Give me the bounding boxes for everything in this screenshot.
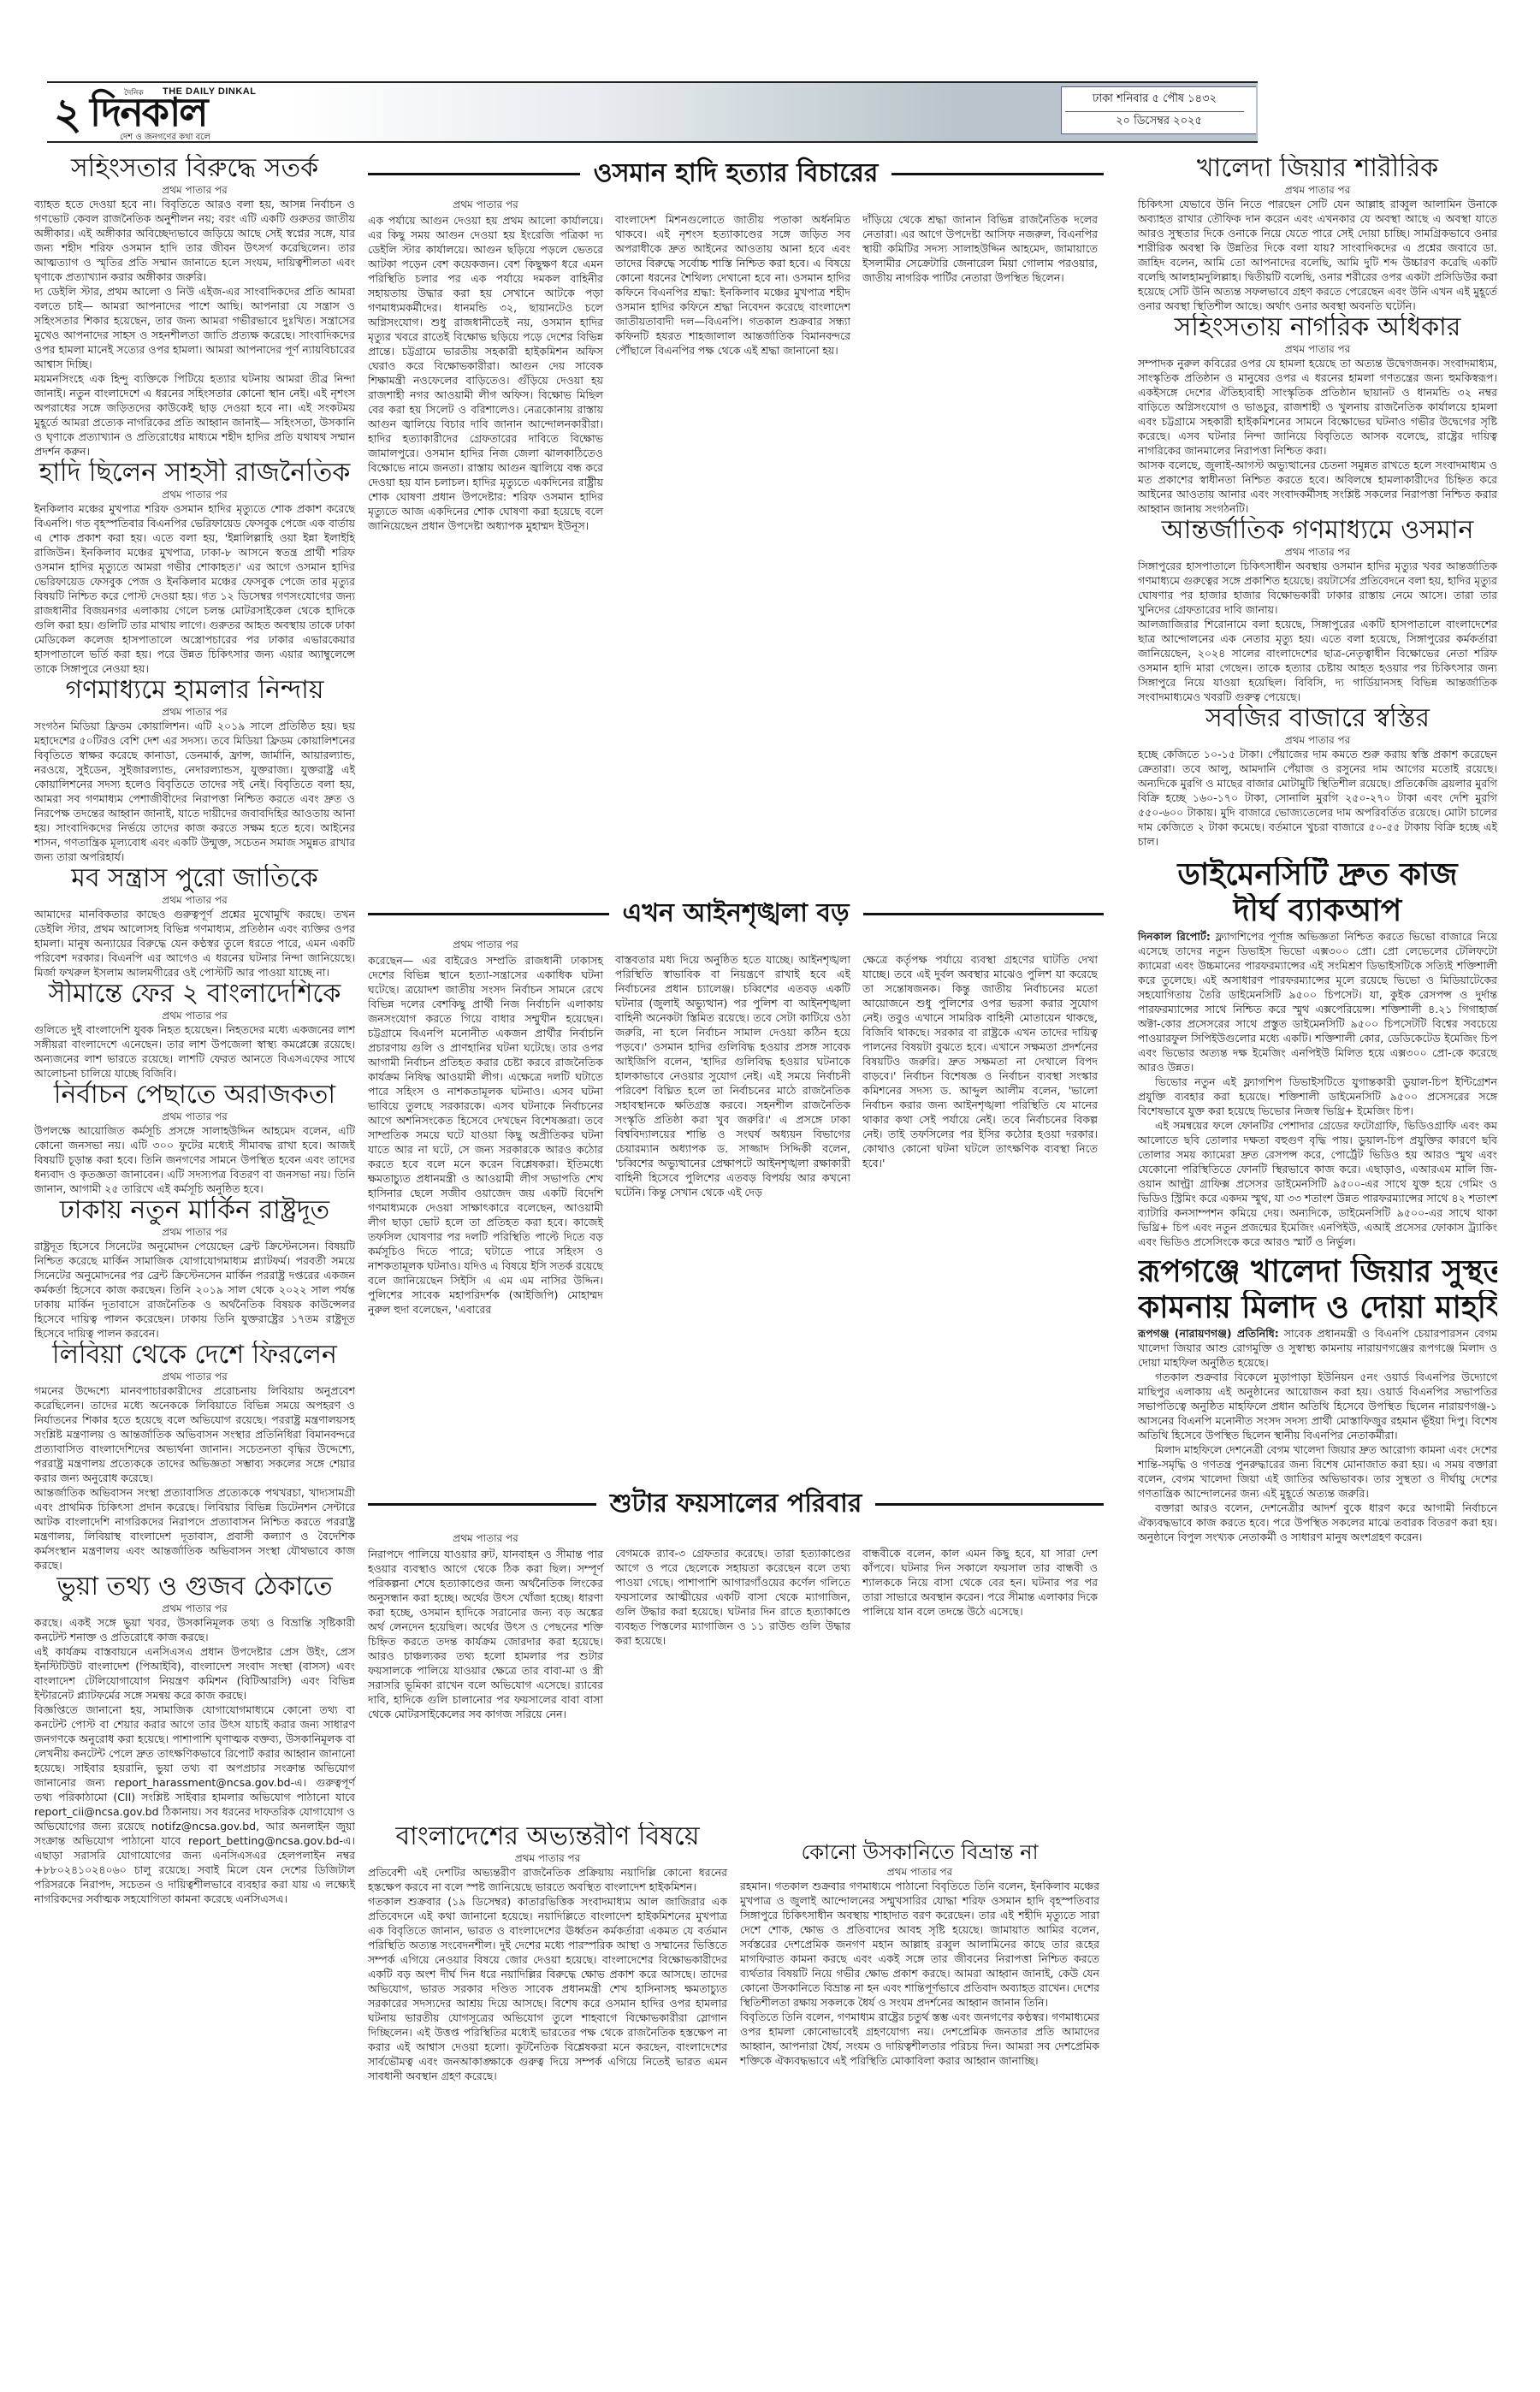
article-col-3: আক্তার লিমাও উপস্থিত ছিলেন। ওই রাতে ফয়স… — [862, 1547, 1098, 1803]
paragraph: দ্য ডেইলি স্টার, প্রথম আলো ও নিউ এইজ-এর … — [34, 284, 355, 371]
byline: দিনকাল রিপোর্ট: — [1138, 930, 1211, 943]
article-body: রাষ্ট্রদূত হিসেবে সিনেটের অনুমোদন পেয়েছ… — [34, 1239, 355, 1341]
paragraph: গুলিতে দুই বাংলাদেশি যুবক নিহত হয়েছেন। … — [34, 1022, 355, 1081]
left-column: সহিংসতার বিরুদ্ধে সতর্ক প্রথম পাতার পর ব… — [34, 154, 355, 1906]
byline: রূপগঞ্জ (নারায়ণগঞ্জ) প্রতিনিধি: — [1138, 1327, 1279, 1340]
article-dimensity: ডাইমেনসিটি দ্রুত কাজ দীর্ঘ ব্যাকআপ দিনকা… — [1138, 857, 1497, 1249]
paragraph: রাষ্ট্রদূত হিসেবে সিনেটের অনুমোদন পেয়েছ… — [34, 1239, 355, 1341]
article-body: ব্যাহত হতে দেওয়া হবে না। বিবৃতিতে আরও ব… — [34, 197, 355, 459]
continued-label: প্রথম পাতার পর — [34, 893, 355, 907]
paragraph: আন্তর্জাতিক অভিবাসন সংস্থা প্রত্যাবাসিত … — [34, 1485, 355, 1572]
article-col-1: নিরাপদে পালিয়ে যাওয়ার রুট, যানবাহন ও স… — [368, 1547, 603, 1803]
continued-label: প্রথম পাতার পর — [34, 183, 355, 197]
article-columns: করেছেন— এর বাইরেও সম্প্রতি রাজধানী ঢাকাস… — [368, 953, 1098, 1501]
paragraph: সম্পাদক নুরুল কবিরের ওপর যে হামলা হয়েছে… — [1138, 356, 1497, 458]
newspaper-logo[interactable]: দৈনিক THE DAILY DINKAL দিনকাল দেশ ও জনগণ… — [90, 85, 291, 141]
rule-right — [875, 1503, 1104, 1506]
article-body: গুলিতে দুই বাংলাদেশি যুবক নিহত হয়েছেন। … — [34, 1022, 355, 1081]
rule-right — [863, 913, 1105, 915]
article-body: করছে। একই সঙ্গে ভুয়া খবর, উসকানিমূলক তথ… — [34, 1615, 355, 1906]
continued-label: প্রথম পাতার পর — [368, 938, 603, 951]
article-rupganj-prayer: রূপগঞ্জে খালেদা জিয়ার সুস্থতা কামনায় ম… — [1138, 1254, 1497, 1544]
continued-label: প্রথম পাতার পর — [740, 1865, 1099, 1879]
date-gregorian: ২০ ডিসেম্বর ২০২৫ — [1062, 113, 1256, 131]
article-libya-return: লিবিয়া থেকে দেশে ফিরলেন প্রথম পাতার পর … — [34, 1341, 355, 1572]
date-box: ঢাকা শনিবার ৫ পৌষ ১৪৩২ ২০ ডিসেম্বর ২০২৫ — [1061, 86, 1256, 134]
article-col-3: নিষিদ্ধ। বিমানবন্দরে ওসমান হাদির কফিনের … — [862, 213, 1098, 1000]
article-col-2: ফয়সালের বাবা হুমায়ুন কবির ও মা মোসাম্ম… — [615, 1547, 850, 1803]
article-body: ইনকিলাব মঞ্চের মুখপাত্র শরিফ ওসমান হাদির… — [34, 501, 355, 676]
paragraph: এই সমন্বয়ের ফলে ফোনটির পেশাদার গ্রেডের … — [1138, 1118, 1497, 1249]
article-headline[interactable]: কোনো উসকানিতে বিভ্রান্ত না — [740, 1839, 1099, 1865]
continued-label: প্রথম পাতার পর — [34, 1110, 355, 1123]
paragraph: আসক বলেছে, জুলাই-আগস্ট অভ্যুত্থানের চেতন… — [1138, 458, 1497, 516]
paragraph: মিলাদ মাহফিলে দেশনেত্রী বেগম খালেদা জিয়… — [1138, 1442, 1497, 1501]
continued-label: প্রথম পাতার পর — [1138, 342, 1497, 356]
article-headline[interactable]: নির্বাচন পেছাতে অরাজকতা — [34, 1081, 355, 1110]
paragraph: আমাদের মানবিকতার কাছেও গুরুত্বপূর্ণ প্রশ… — [34, 907, 355, 980]
continued-label: প্রথম পাতার পর — [1138, 545, 1497, 559]
article-headline[interactable]: ঢাকায় নতুন মার্কিন রাষ্ট্রদূত — [34, 1196, 355, 1225]
paragraph: বক্তারা আরও বলেন, দেশনেত্রীর আদর্শ বুকে … — [1138, 1501, 1497, 1544]
article-body: সিঙ্গাপুরের হাসপাতালে চিকিৎসাধীন অবস্থায… — [1138, 559, 1497, 704]
paragraph: বিবৃতিতে তিনি বলেন, গণমাধ্যম রাষ্ট্রের চ… — [740, 2010, 1099, 2068]
article-columns: নিরাপদে পালিয়ে যাওয়ার রুট, যানবাহন ও স… — [368, 1547, 1098, 1803]
continued-label: প্রথম পাতার পর — [368, 1851, 727, 1865]
article-body: হচ্ছে কেজিতে ১০-১৫ টাকা। পেঁয়াজের দাম ক… — [1138, 747, 1497, 849]
article-headline[interactable]: বাংলাদেশের অভ্যন্তরীণ বিষয়ে — [368, 1822, 727, 1851]
continued-label: প্রথম পাতার পর — [34, 488, 355, 501]
continued-label: প্রথম পাতার পর — [34, 1009, 355, 1022]
article-hadi-brave: হাদি ছিলেন সাহসী রাজনৈতিক প্রথম পাতার পর… — [34, 459, 355, 676]
article-col-1: এক পর্যায়ে আগুন দেওয়া হয় প্রথম আলো কা… — [368, 213, 603, 1000]
article-election-delay: নির্বাচন পেছাতে অরাজকতা প্রথম পাতার পর উ… — [34, 1081, 355, 1196]
continued-label: প্রথম পাতার পর — [34, 1602, 355, 1615]
article-india-internal: বাংলাদেশের অভ্যন্তরীণ বিষয়ে প্রথম পাতার… — [368, 1822, 727, 2083]
article-body: সংগঠন মিডিয়া ফ্রিডম কোয়ালিশন। এটি ২০১৯… — [34, 719, 355, 864]
paragraph: চিকিৎসা যেভাবে উনি নিতে পারছেন সেটি যেন … — [1138, 197, 1497, 313]
article-body: দিনকাল রিপোর্ট: ফ্ল্যাগশিপের পূর্ণাঙ্গ অ… — [1138, 929, 1497, 1249]
article-us-ambassador: ঢাকায় নতুন মার্কিন রাষ্ট্রদূত প্রথম পাত… — [34, 1196, 355, 1341]
article-body: উপলক্ষে আয়োজিত কর্মসূচি প্রসঙ্গে সালাহউ… — [34, 1123, 355, 1196]
article-headline[interactable]: ওসমান হাদি হত্যার বিচারের — [580, 158, 892, 189]
rule-left — [368, 173, 580, 175]
paragraph: আলজাজিরার শিরোনামে বলা হয়েছে, সিঙ্গাপুর… — [1138, 617, 1497, 704]
article-headline[interactable]: আন্তর্জাতিক গণমাধ্যমে ওসমান — [1138, 516, 1497, 545]
article-col-1: করেছেন— এর বাইরেও সম্প্রতি রাজধানী ঢাকাস… — [368, 953, 603, 1501]
paragraph: গমনের উদ্দেশ্যে মানবপাচারকারীদের প্ররোচন… — [34, 1383, 355, 1485]
article-mob-terror: মব সন্ত্রাস পুরো জাতিকে প্রথম পাতার পর আ… — [34, 864, 355, 980]
continued-label: প্রথম পাতার পর — [34, 1370, 355, 1383]
article-columns: এক পর্যায়ে আগুন দেওয়া হয় প্রথম আলো কা… — [368, 213, 1098, 1000]
continued-label: প্রথম পাতার পর — [368, 1531, 603, 1545]
article-headline[interactable]: খালেদা জিয়ার শারীরিক — [1138, 154, 1497, 183]
paragraph: উপলক্ষে আয়োজিত কর্মসূচি প্রসঙ্গে সালাহউ… — [34, 1123, 355, 1196]
headline-with-rules: শুটার ফয়সালের পরিবার — [368, 1489, 1104, 1519]
article-international-media: আন্তর্জাতিক গণমাধ্যমে ওসমান প্রথম পাতার … — [1138, 516, 1497, 704]
paragraph: প্রতিবেশী এই দেশটির অভ্যন্তরীণ রাজনৈতিক … — [368, 1865, 727, 1894]
article-no-provocation: কোনো উসকানিতে বিভ্রান্ত না প্রথম পাতার প… — [740, 1839, 1099, 2068]
article-body: সম্পাদক নুরুল কবিরের ওপর যে হামলা হয়েছে… — [1138, 356, 1497, 516]
article-body: চিকিৎসা যেভাবে উনি নিতে পারছেন সেটি যেন … — [1138, 197, 1497, 313]
article-headline[interactable]: সহিংসতার বিরুদ্ধে সতর্ক — [34, 154, 355, 183]
article-vegetable-market: সবজির বাজারে স্বস্তির প্রথম পাতার পর হচ্… — [1138, 704, 1497, 849]
paragraph: ময়মনসিংহে এক হিন্দু ব্যক্তিকে পিটিয়ে হ… — [34, 371, 355, 459]
headline-with-rules: এখন আইনশৃঙ্খলা বড় — [368, 898, 1104, 929]
article-civil-rights: সহিংসতায় নাগরিক অধিকার প্রথম পাতার পর স… — [1138, 313, 1497, 516]
article-fake-news: ভুয়া তথ্য ও গুজব ঠেকাতে প্রথম পাতার পর … — [34, 1572, 355, 1906]
article-col-2: শিক্ষাপ্রতিষ্ঠানসহ সরকারি, বেসরকারি ভবন … — [615, 213, 850, 1000]
article-headline-line1[interactable]: ডাইমেনসিটি দ্রুত কাজ — [1138, 857, 1497, 893]
page-number: ২ — [54, 88, 82, 139]
headline-with-rules: ওসমান হাদি হত্যার বিচারের — [368, 158, 1104, 189]
continued-label: প্রথম পাতার পর — [34, 1225, 355, 1239]
paragraph: সিঙ্গাপুরের হাসপাতালে চিকিৎসাধীন অবস্থায… — [1138, 559, 1497, 617]
rule-left — [368, 1503, 596, 1506]
article-headline[interactable]: মব সন্ত্রাস পুরো জাতিকে — [34, 864, 355, 893]
paragraph: হচ্ছে কেজিতে ১০-১৫ টাকা। পেঁয়াজের দাম ক… — [1138, 747, 1497, 849]
paragraph: রহমান। গতকাল শুক্রবার গণমাধ্যমে পাঠানো ব… — [740, 1879, 1099, 2010]
article-border: সীমান্তে ফের ২ বাংলাদেশিকে প্রথম পাতার প… — [34, 980, 355, 1081]
article-body: আমাদের মানবিকতার কাছেও গুরুত্বপূর্ণ প্রশ… — [34, 907, 355, 980]
paragraph: গতকাল শুক্রবার (১৯ ডিসেম্বর) কাতারভিত্তি… — [368, 1894, 727, 2083]
paragraph: ইনকিলাব মঞ্চের মুখপাত্র শরিফ ওসমান হাদির… — [34, 501, 355, 676]
article-headline[interactable]: লিবিয়া থেকে দেশে ফিরলেন — [34, 1341, 355, 1370]
right-column: খালেদা জিয়ার শারীরিক প্রথম পাতার পর চিক… — [1138, 154, 1497, 1544]
paragraph: ফ্ল্যাগশিপের পূর্ণাঙ্গ অভিজ্ঞতা নিশ্চিত … — [1138, 930, 1497, 1074]
article-media-attack: গণমাধ্যমে হামলার নিন্দায় প্রথম পাতার পর… — [34, 676, 355, 864]
continued-label: প্রথম পাতার পর — [368, 198, 603, 211]
article-body: রহমান। গতকাল শুক্রবার গণমাধ্যমে পাঠানো ব… — [740, 1879, 1099, 2068]
article-col-3: বছরেও পুলিশ বাহিনী সেভাবে ঘুরে দাঁড়াতে … — [862, 953, 1098, 1501]
logo-main-text: দিনকাল — [90, 92, 207, 133]
article-headline-line2[interactable]: কামনায় মিলাদ ও দোয়া মাহফিল — [1138, 1290, 1497, 1326]
article-khaleda-health: খালেদা জিয়ার শারীরিক প্রথম পাতার পর চিক… — [1138, 154, 1497, 313]
article-headline[interactable]: সীমান্তে ফের ২ বাংলাদেশিকে — [34, 980, 355, 1009]
article-headline[interactable]: হাদি ছিলেন সাহসী রাজনৈতিক — [34, 459, 355, 488]
article-headline[interactable]: এখন আইনশৃঙ্খলা বড় — [609, 898, 863, 929]
rule-right — [891, 173, 1104, 175]
rule-left — [368, 913, 609, 915]
article-headline[interactable]: সবজির বাজারে স্বস্তির — [1138, 704, 1497, 733]
article-headline[interactable]: ভুয়া তথ্য ও গুজব ঠেকাতে — [34, 1572, 355, 1602]
article-body: রূপগঞ্জ (নারায়ণগঞ্জ) প্রতিনিধি: সাবেক প… — [1138, 1326, 1497, 1544]
paragraph: গতকাল শুক্রবার বিকেলে মুড়াপাড়া ইউনিয়ন… — [1138, 1370, 1497, 1442]
paragraph: ব্যাহত হতে দেওয়া হবে না। বিবৃতিতে আরও ব… — [34, 197, 355, 284]
paragraph: এই কার্যক্রম বাস্তবায়নে এনসিএসএ প্রধান … — [34, 1644, 355, 1702]
article-col-2: জাতীয় নির্বাচন অতীতের যেকোনো সময়ের চেয… — [615, 953, 850, 1501]
article-violence-alert: সহিংসতার বিরুদ্ধে সতর্ক প্রথম পাতার পর ব… — [34, 154, 355, 459]
continued-label: প্রথম পাতার পর — [1138, 733, 1497, 747]
article-headline-line2[interactable]: দীর্ঘ ব্যাকআপ — [1138, 893, 1497, 929]
paragraph: ভিভোর নতুন এই ফ্ল্যাগশিপ ডিভাইসটিতে যুগা… — [1138, 1075, 1497, 1118]
continued-label: প্রথম পাতার পর — [34, 705, 355, 719]
article-body: গমনের উদ্দেশ্যে মানবপাচারকারীদের প্ররোচন… — [34, 1383, 355, 1572]
date-bangla: ঢাকা শনিবার ৫ পৌষ ১৪৩২ — [1065, 91, 1244, 112]
continued-label: প্রথম পাতার পর — [1138, 183, 1497, 197]
paragraph: করছে। একই সঙ্গে ভুয়া খবর, উসকানিমূলক তথ… — [34, 1615, 355, 1644]
paragraph: সংগঠন মিডিয়া ফ্রিডম কোয়ালিশন। এটি ২০১৯… — [34, 719, 355, 864]
article-headline[interactable]: শুটার ফয়সালের পরিবার — [596, 1489, 876, 1519]
article-body: প্রতিবেশী এই দেশটির অভ্যন্তরীণ রাজনৈতিক … — [368, 1865, 727, 2083]
article-headline-line1[interactable]: রূপগঞ্জে খালেদা জিয়ার সুস্থতা — [1138, 1254, 1497, 1290]
masthead: ২ দৈনিক THE DAILY DINKAL দিনকাল দেশ ও জন… — [47, 81, 1258, 143]
article-headline[interactable]: গণমাধ্যমে হামলার নিন্দায় — [34, 676, 355, 705]
paragraph: বিজ্ঞপ্তিতে জানানো হয়, সামাজিক যোগাযোগম… — [34, 1702, 355, 1906]
logo-tagline: দেশ ও জনগণের কথা বলে — [120, 131, 210, 145]
article-headline[interactable]: সহিংসতায় নাগরিক অধিকার — [1138, 313, 1497, 342]
